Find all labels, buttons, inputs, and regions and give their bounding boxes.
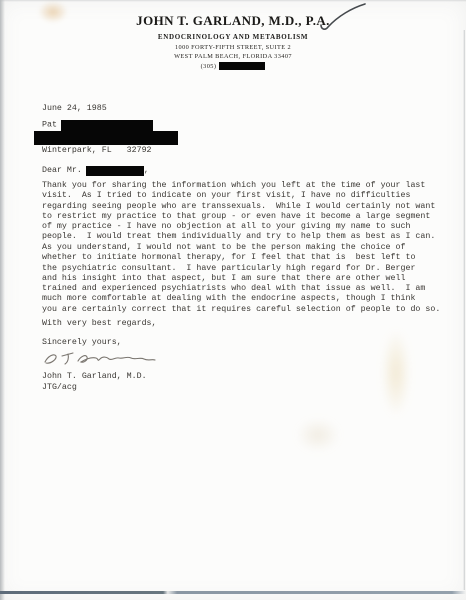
recipient-name-line: Pat bbox=[42, 120, 153, 131]
redaction-bar bbox=[61, 120, 153, 131]
page-edge-bottom bbox=[0, 591, 466, 594]
body-paragraph-2: As you understand, I would not want to b… bbox=[42, 243, 440, 315]
letterhead: JOHN T. GARLAND, M.D., P.A. ENDOCRINOLOG… bbox=[0, 13, 466, 70]
salutation-prefix: Dear Mr. bbox=[42, 166, 82, 175]
phone-line: (305) bbox=[0, 63, 466, 70]
page-edge-right bbox=[463, 30, 465, 590]
redaction-bar bbox=[34, 131, 178, 145]
salutation-suffix: , bbox=[144, 166, 149, 175]
typist-initials-line: JTG/acg bbox=[42, 383, 77, 393]
signature-handwriting bbox=[40, 347, 160, 373]
date-line: June 24, 1985 bbox=[42, 104, 107, 114]
typed-signature-line: John T. Garland, M.D. bbox=[42, 372, 147, 382]
page-edge-top bbox=[0, 0, 466, 2]
recipient-city-line: Winterpark, FL 32792 bbox=[42, 146, 152, 156]
page-edge-left bbox=[0, 0, 5, 600]
body-paragraph-1: Thank you for sharing the information wh… bbox=[42, 181, 435, 243]
phone-area-code: (305) bbox=[201, 63, 217, 70]
city-line: WEST PALM BEACH, FLORIDA 33407 bbox=[0, 53, 466, 60]
recipient-name: Pat bbox=[42, 121, 57, 130]
paper-stain bbox=[382, 330, 410, 416]
regards-line: With very best regards, bbox=[42, 319, 157, 329]
salutation-line: Dear Mr., bbox=[42, 166, 149, 176]
scanned-letter-page: JOHN T. GARLAND, M.D., P.A. ENDOCRINOLOG… bbox=[0, 0, 466, 600]
paper-stain bbox=[296, 418, 340, 452]
phone-redaction-bar bbox=[219, 62, 265, 70]
redaction-bar bbox=[86, 166, 144, 176]
specialty-line: ENDOCRINOLOGY AND METABOLISM bbox=[0, 33, 466, 41]
physician-name: JOHN T. GARLAND, M.D., P.A. bbox=[0, 13, 466, 29]
pen-checkmark-icon bbox=[316, 1, 372, 33]
street-line: 1000 FORTY-FIFTH STREET, SUITE 2 bbox=[0, 44, 466, 51]
